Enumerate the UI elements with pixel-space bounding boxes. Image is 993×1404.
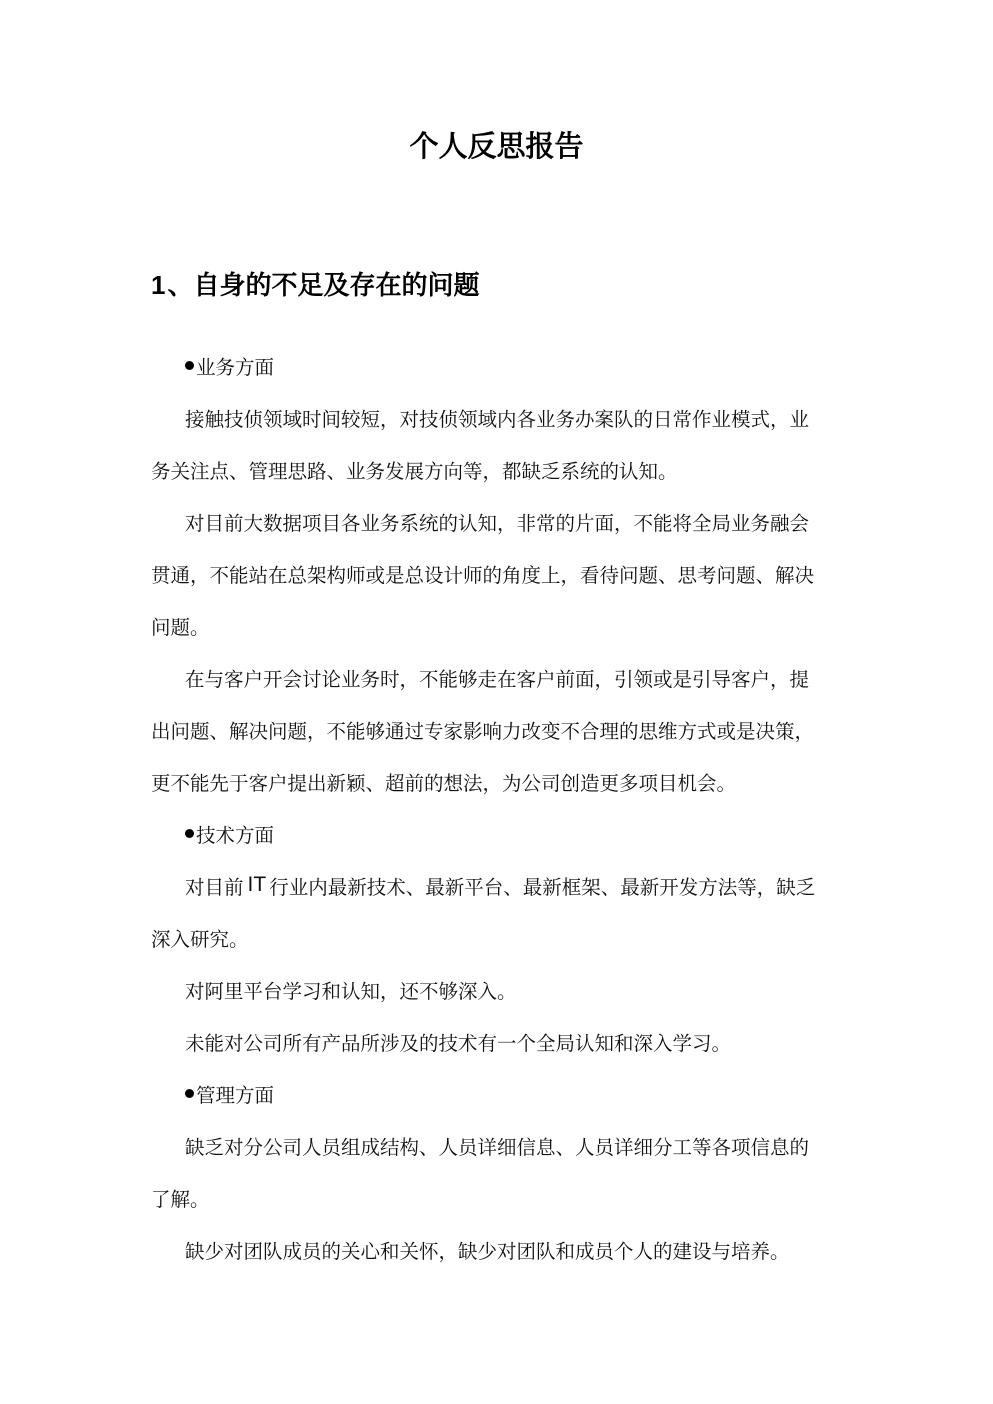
paragraph-line: 更不能先于客户提出新颖、超前的想法，为公司创造更多项目机会。 [151, 770, 736, 798]
section-heading-1: 1、自身的不足及存在的问题 [151, 266, 479, 305]
paragraph-line: 缺乏对分公司人员组成结构、人员详细信息、人员详细分工等各项信息的 [185, 1134, 809, 1162]
document-page: 个人反思报告 1、自身的不足及存在的问题 业务方面 接触技侦领域时间较短，对技侦… [0, 0, 993, 1404]
subsection-label-management: 管理方面 [185, 1082, 274, 1110]
paragraph-line: 对阿里平台学习和认知，还不够深入。 [185, 978, 517, 1006]
paragraph-line: 缺少对团队成员的关心和关怀，缺少对团队和成员个人的建设与培养。 [185, 1238, 790, 1266]
paragraph-line: 了解。 [151, 1186, 210, 1214]
subsection-label-technical: 技术方面 [185, 822, 274, 850]
paragraph-line: 在与客户开会讨论业务时，不能够走在客户前面，引领或是引导客户，提 [185, 666, 809, 694]
bullet-icon [185, 361, 194, 370]
section-number: 1 [151, 270, 165, 300]
document-title: 个人反思报告 [0, 126, 993, 166]
section-title: 、自身的不足及存在的问题 [167, 271, 479, 301]
paragraph-line: 对目前大数据项目各业务系统的认知，非常的片面，不能将全局业务融会 [185, 510, 809, 538]
paragraph-line: 对目前IT行业内最新技术、最新平台、最新框架、最新开发方法等，缺乏 [185, 874, 815, 902]
bullet-icon [185, 829, 194, 838]
bullet-icon [185, 1089, 194, 1098]
paragraph-line: 接触技侦领域时间较短，对技侦领域内各业务办案队的日常作业模式，业 [185, 406, 809, 434]
paragraph-line: 务关注点、管理思路、业务发展方向等，都缺乏系统的认知。 [151, 458, 678, 486]
subsection-label-business: 业务方面 [185, 354, 274, 382]
paragraph-line: 问题。 [151, 614, 210, 642]
paragraph-line: 贯通，不能站在总架构师或是总设计师的角度上，看待问题、思考问题、解决 [151, 562, 814, 590]
paragraph-line: 出问题、解决问题，不能够通过专家影响力改变不合理的思维方式或是决策， [151, 718, 814, 746]
paragraph-line: 深入研究。 [151, 926, 249, 954]
paragraph-line: 未能对公司所有产品所涉及的技术有一个全局认知和深入学习。 [185, 1030, 731, 1058]
